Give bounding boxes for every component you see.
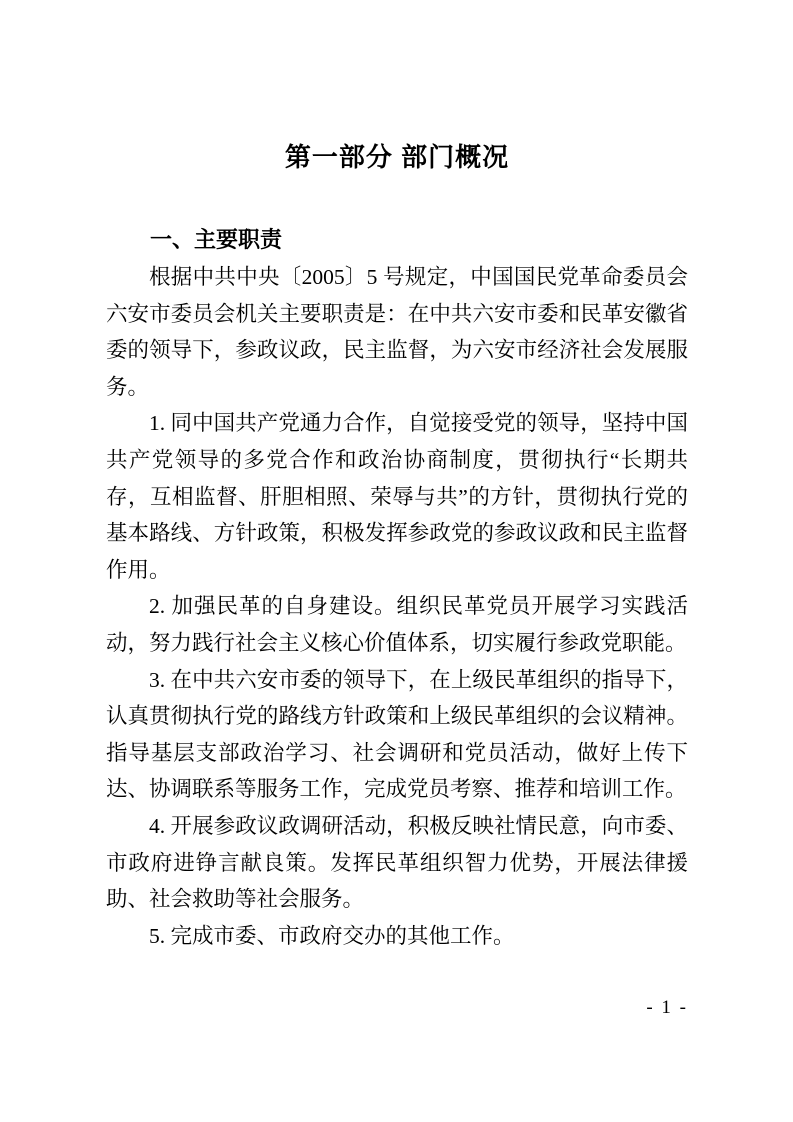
body-paragraph: 4. 开展参政议政调研活动，积极反映社情民意，向市委、市政府进铮言献良策。发挥民… [106,808,688,918]
document-content: 第一部分 部门概况 一、主要职责 根据中共中央〔2005〕5 号规定，中国国民党… [106,0,688,954]
body-paragraph: 根据中共中央〔2005〕5 号规定，中国国民党革命委员会六安市委员会机关主要职责… [106,259,688,405]
body-paragraph: 2. 加强民革的自身建设。组织民革党员开展学习实践活动，努力践行社会主义核心价值… [106,588,688,661]
page-number: - 1 - [646,997,688,1019]
page-title: 第一部分 部门概况 [106,0,688,174]
body-paragraph: 1. 同中国共产党通力合作，自觉接受党的领导，坚持中国共产党领导的多党合作和政治… [106,405,688,588]
body-paragraph: 3. 在中共六安市委的领导下，在上级民革组织的指导下，认真贯彻执行党的路线方针政… [106,662,688,808]
body-paragraph: 5. 完成市委、市政府交办的其他工作。 [106,918,688,955]
section-heading: 一、主要职责 [106,226,688,254]
document-page: 第一部分 部门概况 一、主要职责 根据中共中央〔2005〕5 号规定，中国国民党… [0,0,793,1122]
document-body: 根据中共中央〔2005〕5 号规定，中国国民党革命委员会六安市委员会机关主要职责… [106,259,688,954]
